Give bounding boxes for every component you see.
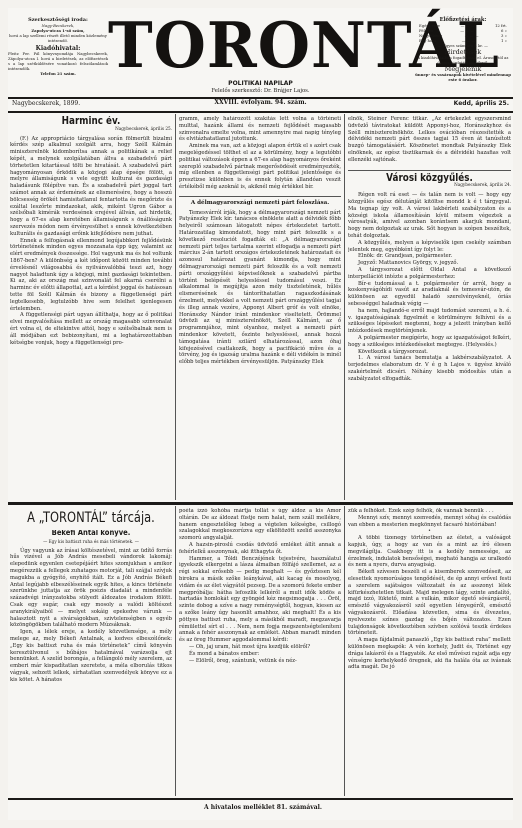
footer-note: A hivatalos melléklet 81. számával.	[183, 804, 343, 811]
editorial-office-box: Szerkesztőségi iroda: Nagy-Becskerek, Za…	[8, 18, 108, 76]
paragraph: A maga fájdalmát panaszló „Egy kis batti…	[348, 637, 511, 671]
column-three: elnök, Steiner Ferenc titkár. „Az érteke…	[348, 116, 511, 498]
headline-varosi-kozgyules: Városi közgyűlés.	[364, 175, 494, 182]
paragraph: elnök, Steiner Ferenc titkár. „Az érteke…	[348, 116, 511, 164]
editor-line: Felelős szerkesztő: Dr. Brájjer Lajos.	[108, 88, 413, 94]
paragraph: Aminek ma van, azt a közjogi alapon értü…	[179, 143, 341, 191]
paragraph: A tárgysorozat előtt Oldal Antal a követ…	[348, 267, 511, 281]
paragraph: A többi tizenegy történetben az életet, …	[348, 535, 511, 569]
paragraph: poéta ízzó kohóba mártja tollát s úgy ál…	[179, 508, 341, 542]
paragraph: Úgy vagyunk az írásai költészetével, min…	[10, 548, 172, 630]
paragraph: A polgármester megígérte, hogy az igazga…	[348, 335, 511, 349]
date-right: Kedd, április 25.	[454, 100, 509, 107]
paragraph: — Oh, jaj uram, hát most újra kezdjük el…	[179, 644, 341, 651]
paragraph: Hammer, a Tóldi Benczéjének tejestvére, …	[179, 556, 341, 644]
paragraph: A közgyűlés, melyen a képviselők igen cs…	[348, 240, 511, 254]
masthead-subtitle: POLITIKAI NAPILAP	[108, 80, 413, 87]
phone-number: Telefon 21 szám.	[8, 71, 108, 76]
section-rule	[179, 196, 341, 197]
column-rule	[175, 114, 176, 500]
editorial-office-note: hová a lap szellemi részét illető minden…	[8, 33, 108, 43]
subscription-box: Előfizetési árak: Egész évre— — —12 frt.…	[413, 18, 513, 82]
bottom-rule	[8, 798, 513, 800]
appears-text: ünnep- és vasárnapok kivételével mindenn…	[413, 72, 513, 82]
paragraph: Békefi szívesen beszéli el a kisemberek …	[348, 569, 511, 637]
headline-delmagyar: A délmagyarországi nemzeti párt feloszlá…	[179, 200, 341, 207]
paragraph: gramm, amely határozott szakítás lett vo…	[179, 116, 341, 143]
column-rule	[344, 506, 345, 796]
ads-text: a kiadóhivatalban fogadtatnak el. Árusok…	[413, 55, 513, 65]
paragraph: Temesvárról írják, hogy a délmagyarorszá…	[179, 210, 341, 366]
paragraph: Mennyi szív, mennyi szenvedés, mennyi só…	[348, 515, 511, 529]
paragraph: És mond a bánatos ember:	[179, 651, 341, 658]
paragraph: (F.) Az appropriácio tárgyalása során fö…	[10, 136, 172, 238]
paragraph: Ennek a felfogásnak ellenmond legújabbko…	[10, 238, 172, 313]
column-rule	[175, 506, 176, 796]
paragraph: Igen, a lélek ereje, a kedély közvetlens…	[10, 629, 172, 683]
paragraph: zük a felhőket. Ezek szép felhők, ők van…	[348, 508, 511, 515]
book-title: Békefi Antal könyve.	[22, 530, 160, 537]
feuilleton-column-three: zük a felhőket. Ezek szép felhők, ők van…	[348, 508, 511, 796]
feuilleton-heading: A „TORONTÁL” tárcája.	[23, 510, 159, 526]
book-subtitle: — Egy kis battiszt ruha és más története…	[10, 539, 172, 546]
feuilleton-column-one: Békefi Antal könyve. — Egy kis battiszt …	[10, 530, 172, 795]
feuilleton-rule	[8, 502, 513, 505]
paragraph: Bír-e tudomással a t. polgármester úr ar…	[348, 281, 511, 308]
dateline: Nagybecskerek, 1899. XXVIII. évfolyam. 9…	[8, 96, 513, 108]
column-two: gramm, amely határozott szakítás lett vo…	[179, 116, 341, 498]
paragraph: A hazsin-piroslú csodás üdvözlő emléket …	[179, 542, 341, 556]
column-rule	[344, 114, 345, 500]
issue-number: XXVIII. évfolyam. 94. szám.	[8, 99, 513, 106]
dateline-rule	[8, 111, 513, 113]
newspaper-page: Szerkesztőségi iroda: Nagy-Becskerek, Za…	[8, 8, 513, 820]
headline-harminc-ev: Harminc év.	[26, 118, 156, 125]
paragraph: — Elölről, öreg, szántunk, vetünk és néz…	[179, 658, 341, 665]
paragraph: Régen volt rá eset — és talán nem is vol…	[348, 192, 511, 240]
article-harminc-ev: Harminc év. Nagybecskerek, április 25. (…	[10, 116, 172, 498]
masthead-title: TORONTÁL	[108, 12, 413, 79]
paragraph: 1. A városi tanács bemutatja a lakbérsza…	[348, 355, 511, 382]
feuilleton-column-two: poéta ízzó kohóba mártja tollát s úgy ál…	[179, 508, 341, 796]
paragraph: ha nem, hajlandó-e erről majd tudomást s…	[348, 308, 511, 335]
paragraph: Jegyző: Mattanovics György, v. jegyző.	[348, 260, 511, 267]
publisher-text: Pleitz Fer. Pál könyvnyomdája Nagybecske…	[8, 51, 108, 71]
paragraph: A függetlenségi párt ugyan állíthatja, h…	[10, 312, 172, 346]
